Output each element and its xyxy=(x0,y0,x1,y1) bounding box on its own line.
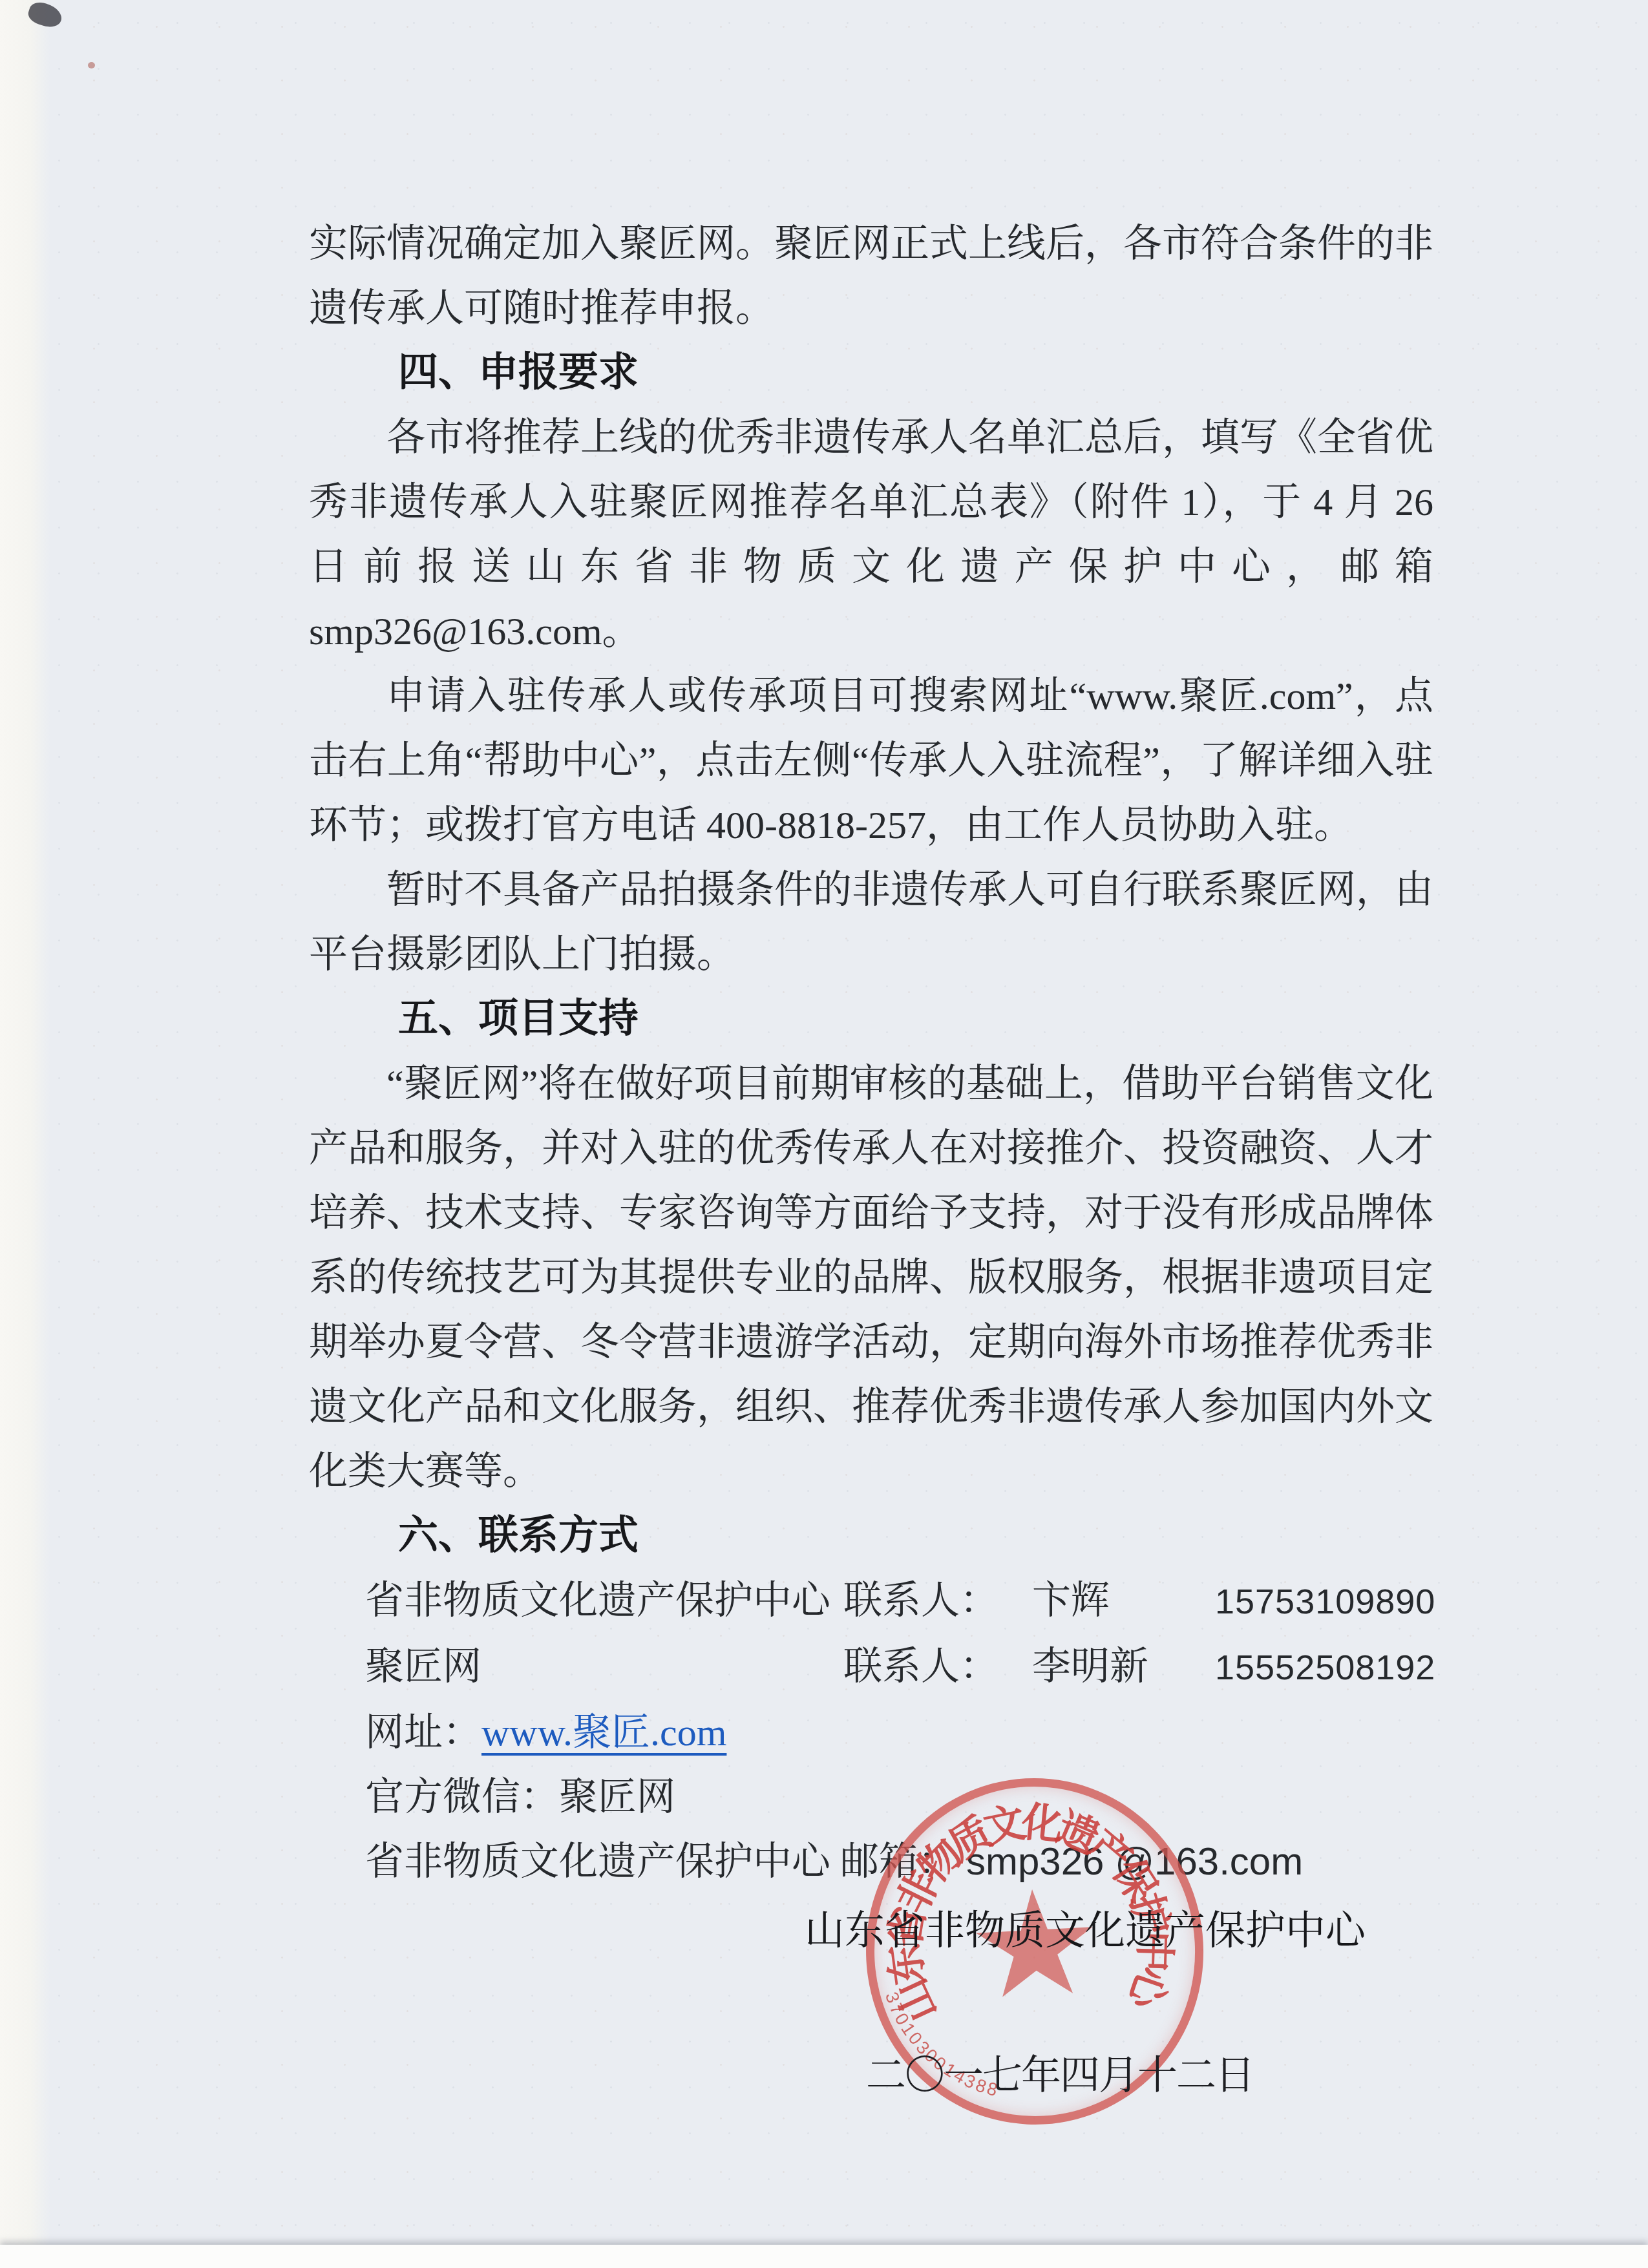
section-heading-4: 四、申报要求 xyxy=(309,341,1433,405)
website-row: 网址：www.聚匠.com xyxy=(365,1700,1433,1765)
red-speck xyxy=(88,62,95,68)
contact-role-label: 联系人： xyxy=(843,1645,998,1688)
paragraph: 暂时不具备产品拍摄条件的非遗传承人可自行联系聚匠网，由平台摄影团队上门拍摄。 xyxy=(309,857,1433,987)
scanned-document-page: 实际情况确定加入聚匠网。聚匠网正式上线后，各市符合条件的非遗传承人可随时推荐申报… xyxy=(0,0,1648,2268)
paragraph: 申请入驻传承人或传承项目可搜索网址“www.聚匠.com”，点击右上角“帮助中心… xyxy=(309,664,1433,857)
document-body: 实际情况确定加入聚匠网。聚匠网正式上线后，各市符合条件的非遗传承人可随时推荐申报… xyxy=(309,211,1433,1894)
paper-left-edge xyxy=(0,0,50,2268)
paper-bottom-edge xyxy=(0,2245,1648,2268)
paragraph: “聚匠网”将在做好项目前期审核的基础上，借助平台销售文化产品和服务，并对入驻的优… xyxy=(309,1051,1433,1504)
paragraph: 实际情况确定加入聚匠网。聚匠网正式上线后，各市符合条件的非遗传承人可随时推荐申报… xyxy=(309,211,1433,341)
contact-org: 聚匠网 xyxy=(365,1634,843,1699)
contact-name: 李明新 xyxy=(1032,1645,1148,1688)
contact-person: 联系人：李明新 xyxy=(843,1634,1215,1699)
contact-row: 省非物质文化遗产保护中心 联系人：卞辉 15753109890 xyxy=(365,1568,1433,1634)
contact-org: 省非物质文化遗产保护中心 xyxy=(365,1568,843,1633)
paragraph: 各市将推荐上线的优秀非遗传承人名单汇总后，填写《全省优秀非遗传承人入驻聚匠网推荐… xyxy=(309,405,1433,664)
signature-org: 山东省非物质文化遗产保护中心 xyxy=(805,1898,1366,1956)
contact-role-label: 联系人： xyxy=(843,1579,998,1622)
contact-row: 聚匠网 联系人：李明新 15552508192 xyxy=(365,1634,1433,1700)
contact-name: 卞辉 xyxy=(1032,1579,1110,1622)
phone-number: 15552508192 xyxy=(1215,1635,1435,1700)
signature-date: 二〇一七年四月十二日 xyxy=(866,2043,1254,2101)
phone-number: 15753109890 xyxy=(1215,1570,1435,1634)
section-heading-6: 六、联系方式 xyxy=(309,1504,1433,1568)
website-link: www.聚匠.com xyxy=(481,1711,726,1754)
contact-person: 联系人：卞辉 xyxy=(843,1568,1215,1633)
section-heading-5: 五、项目支持 xyxy=(309,987,1433,1051)
website-label: 网址： xyxy=(365,1711,481,1754)
